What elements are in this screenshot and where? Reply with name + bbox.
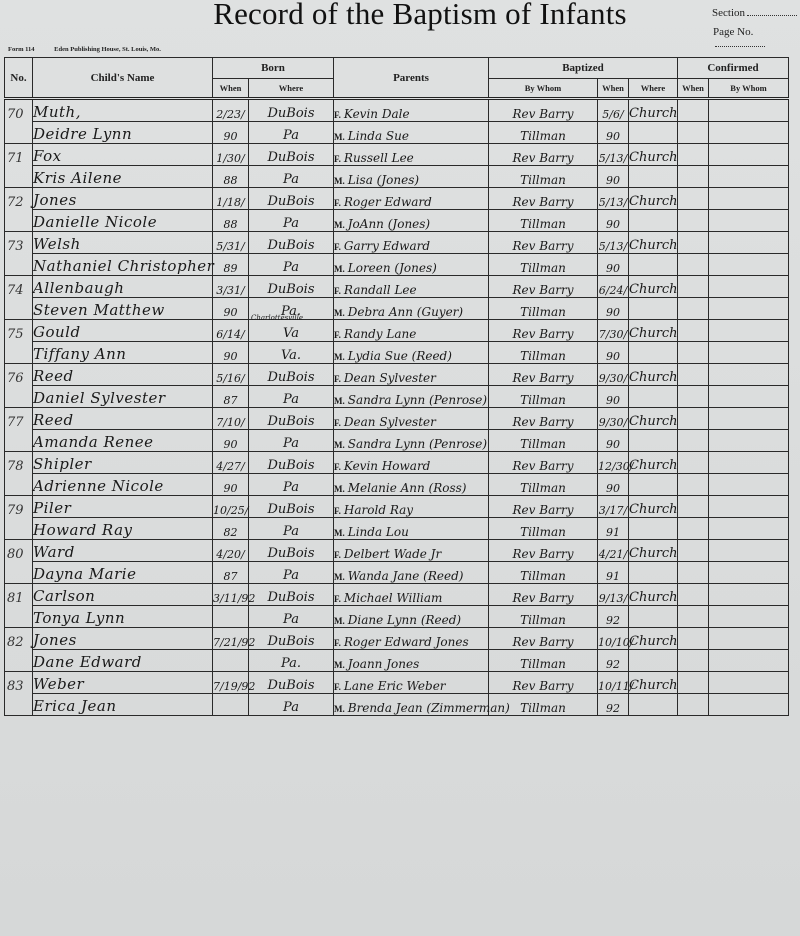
entry-number: 71 (5, 144, 33, 166)
father-value: Dean Sylvester (344, 415, 436, 429)
confirmed-when-cont (678, 430, 709, 452)
baptized-when-year: 90 (598, 210, 629, 232)
baptized-by-cont: Tillman (489, 430, 598, 452)
confirmed-by (709, 672, 789, 694)
baptized-where: Church (629, 584, 678, 606)
baptized-when: 5/13/ (598, 188, 629, 210)
entry-number: 75 (5, 320, 33, 342)
baptized-when-year: 91 (598, 518, 629, 540)
child-given-names: Deidre Lynn (33, 122, 213, 144)
confirmed-when-cont (678, 298, 709, 320)
born-where: DuBois (249, 364, 334, 386)
entry-number: 83 (5, 672, 33, 694)
father-prefix: F. (334, 506, 341, 516)
father-prefix: F. (334, 242, 341, 252)
father-value: Kevin Dale (344, 107, 410, 121)
confirmed-by-cont (709, 518, 789, 540)
father-name: F.Roger Edward Jones (334, 628, 489, 650)
baptized-by-cont: Tillman (489, 694, 598, 716)
father-name: F.Dean Sylvester (334, 408, 489, 430)
entry-row: 75 Gould 6/14/ VaCharlottesville F.Randy… (5, 320, 789, 342)
father-name: F.Roger Edward (334, 188, 489, 210)
father-prefix: F. (334, 462, 341, 472)
col-confirmed-when: When (678, 79, 709, 99)
baptized-when: 4/21/ (598, 540, 629, 562)
born-when: 10/25/ (213, 496, 249, 518)
mother-value: JoAnn (Jones) (348, 217, 430, 231)
born-where: DuBois (249, 628, 334, 650)
father-name: F.Dean Sylvester (334, 364, 489, 386)
page-no-field: Page No. (713, 26, 800, 50)
father-name: F.Kevin Howard (334, 452, 489, 474)
child-given-names: Daniel Sylvester (33, 386, 213, 408)
entry-number: 78 (5, 452, 33, 474)
born-where-state: Pa (249, 386, 334, 408)
born-when: 4/20/ (213, 540, 249, 562)
mother-prefix: M. (334, 528, 345, 538)
mother-name: M.Lydia Sue (Reed) (334, 342, 489, 364)
mother-prefix: M. (334, 308, 345, 318)
mother-value: Linda Sue (348, 129, 409, 143)
father-name: F.Randy Lane (334, 320, 489, 342)
section-field: Section (712, 7, 797, 19)
col-baptized-when: When (598, 79, 629, 99)
father-name: F.Lane Eric Weber (334, 672, 489, 694)
child-surname: Welsh (33, 232, 213, 254)
entry-row: 76 Reed 5/16/ DuBois F.Dean Sylvester Re… (5, 364, 789, 386)
entry-row-continued: Dayna Marie 87 Pa M.Wanda Jane (Reed) Ti… (5, 562, 789, 584)
born-when-year: 90 (213, 430, 249, 452)
baptized-by: Rev Barry (489, 320, 598, 342)
born-when: 6/14/ (213, 320, 249, 342)
father-value: Russell Lee (344, 151, 414, 165)
confirmed-when (678, 408, 709, 430)
confirmed-when-cont (678, 166, 709, 188)
mother-value: Sandra Lynn (Penrose) (348, 437, 487, 451)
entry-row-continued: Tonya Lynn Pa M.Diane Lynn (Reed) Tillma… (5, 606, 789, 628)
father-name: F.Michael William (334, 584, 489, 606)
confirmed-when (678, 540, 709, 562)
baptized-by-cont: Tillman (489, 562, 598, 584)
father-prefix: F. (334, 594, 341, 604)
born-where: DuBois (249, 408, 334, 430)
confirmed-when-cont (678, 210, 709, 232)
entry-number: 79 (5, 496, 33, 518)
born-when: 7/21/92 (213, 628, 249, 650)
confirmed-by-cont (709, 298, 789, 320)
confirmed-when (678, 99, 709, 122)
baptized-where: Church (629, 320, 678, 342)
father-prefix: F. (334, 550, 341, 560)
entry-number: 73 (5, 232, 33, 254)
child-given-names: Steven Matthew (33, 298, 213, 320)
born-when-year: 90 (213, 298, 249, 320)
baptized-when: 9/30/ (598, 408, 629, 430)
born-when-year: 82 (213, 518, 249, 540)
born-where: DuBois (249, 540, 334, 562)
page-no-blank (715, 46, 765, 47)
baptized-where: Church (629, 540, 678, 562)
baptized-where-cont (629, 298, 678, 320)
entry-number-cont (5, 430, 33, 452)
entry-row: 80 Ward 4/20/ DuBois F.Delbert Wade Jr R… (5, 540, 789, 562)
born-where-state: Pa (249, 210, 334, 232)
confirmed-when (678, 628, 709, 650)
entry-row-continued: Dane Edward Pa. M.Joann Jones Tillman 92 (5, 650, 789, 672)
confirmed-by-cont (709, 166, 789, 188)
born-when-year: 88 (213, 210, 249, 232)
baptized-where-cont (629, 694, 678, 716)
baptized-by: Rev Barry (489, 408, 598, 430)
father-value: Dean Sylvester (344, 371, 436, 385)
baptized-when-year: 91 (598, 562, 629, 584)
ledger-page: Record of the Baptism of Infants Section… (0, 0, 800, 936)
father-value: Roger Edward (344, 195, 432, 209)
baptized-when-year: 90 (598, 430, 629, 452)
confirmed-when-cont (678, 518, 709, 540)
mother-value: Melanie Ann (Ross) (348, 481, 467, 495)
confirmed-by (709, 144, 789, 166)
born-when: 3/31/ (213, 276, 249, 298)
confirmed-by (709, 99, 789, 122)
baptized-when: 9/13/ (598, 584, 629, 606)
father-prefix: F. (334, 682, 341, 692)
confirmed-by (709, 408, 789, 430)
born-where: DuBois (249, 188, 334, 210)
born-where: DuBois (249, 144, 334, 166)
confirmed-by-cont (709, 474, 789, 496)
confirmed-by (709, 188, 789, 210)
born-when-year: 87 (213, 386, 249, 408)
section-blank (747, 15, 797, 16)
entry-number: 72 (5, 188, 33, 210)
born-where: DuBois (249, 672, 334, 694)
born-when-year (213, 606, 249, 628)
child-given-names: Erica Jean (33, 694, 213, 716)
publisher: Eden Publishing House, St. Louis, Mo. (54, 46, 161, 53)
baptized-where-cont (629, 122, 678, 144)
mother-prefix: M. (334, 616, 345, 626)
mother-name: M.Diane Lynn (Reed) (334, 606, 489, 628)
baptized-by-cont: Tillman (489, 606, 598, 628)
confirmed-when (678, 144, 709, 166)
entry-row: 77 Reed 7/10/ DuBois F.Dean Sylvester Re… (5, 408, 789, 430)
baptized-when-year: 92 (598, 694, 629, 716)
col-child-name: Child's Name (33, 58, 213, 99)
father-prefix: F. (334, 198, 341, 208)
mother-prefix: M. (334, 132, 345, 142)
born-when-year: 90 (213, 474, 249, 496)
father-name: F.Kevin Dale (334, 99, 489, 122)
child-given-names: Dane Edward (33, 650, 213, 672)
father-value: Lane Eric Weber (344, 679, 446, 693)
father-value: Randall Lee (344, 283, 417, 297)
baptized-where: Church (629, 232, 678, 254)
father-name: F.Garry Edward (334, 232, 489, 254)
confirmed-when (678, 496, 709, 518)
father-name: F.Delbert Wade Jr (334, 540, 489, 562)
confirmed-by-cont (709, 122, 789, 144)
entry-row: 73 Welsh 5/31/ DuBois F.Garry Edward Rev… (5, 232, 789, 254)
baptized-when: 6/24/ (598, 276, 629, 298)
born-when-year: 89 (213, 254, 249, 276)
entry-number-cont (5, 298, 33, 320)
born-when-year: 87 (213, 562, 249, 584)
father-value: Delbert Wade Jr (344, 547, 441, 561)
mother-prefix: M. (334, 396, 345, 406)
baptized-by-cont: Tillman (489, 122, 598, 144)
born-where: VaCharlottesville (249, 320, 334, 342)
confirmed-when-cont (678, 650, 709, 672)
father-name: F.Russell Lee (334, 144, 489, 166)
child-surname: Fox (33, 144, 213, 166)
baptized-when-year: 90 (598, 386, 629, 408)
mother-value: Lydia Sue (Reed) (348, 349, 452, 363)
entry-number: 82 (5, 628, 33, 650)
baptized-where-cont (629, 166, 678, 188)
entry-number-cont (5, 606, 33, 628)
born-where-state: Pa (249, 430, 334, 452)
mother-value: Sandra Lynn (Penrose) (348, 393, 487, 407)
father-prefix: F. (334, 638, 341, 648)
entry-row: 81 Carlson 3/11/92 DuBois F.Michael Will… (5, 584, 789, 606)
child-given-names: Danielle Nicole (33, 210, 213, 232)
child-given-names: Dayna Marie (33, 562, 213, 584)
confirmed-when (678, 188, 709, 210)
father-value: Randy Lane (344, 327, 416, 341)
confirmed-when-cont (678, 254, 709, 276)
child-surname: Carlson (33, 584, 213, 606)
confirmed-by (709, 232, 789, 254)
confirmed-by-cont (709, 606, 789, 628)
confirmed-when (678, 364, 709, 386)
born-when-year: 90 (213, 122, 249, 144)
baptized-by-cont: Tillman (489, 298, 598, 320)
baptized-by: Rev Barry (489, 232, 598, 254)
mother-name: M.JoAnn (Jones) (334, 210, 489, 232)
father-value: Harold Ray (344, 503, 413, 517)
born-when: 7/10/ (213, 408, 249, 430)
section-label: Section (712, 7, 745, 19)
entry-number-cont (5, 694, 33, 716)
form-info: Form 114 Eden Publishing House, St. Loui… (8, 46, 179, 53)
baptized-by-cont: Tillman (489, 386, 598, 408)
baptized-where: Church (629, 188, 678, 210)
baptized-where: Church (629, 452, 678, 474)
baptized-where: Church (629, 408, 678, 430)
father-value: Michael William (344, 591, 443, 605)
confirmed-by-cont (709, 562, 789, 584)
mother-prefix: M. (334, 704, 345, 714)
child-surname: Gould (33, 320, 213, 342)
mother-name: M.Debra Ann (Guyer) (334, 298, 489, 320)
entry-number: 76 (5, 364, 33, 386)
father-prefix: F. (334, 110, 341, 120)
confirmed-when-cont (678, 694, 709, 716)
child-surname: Shipler (33, 452, 213, 474)
col-confirmed-by-whom: By Whom (709, 79, 789, 99)
confirmed-when-cont (678, 386, 709, 408)
baptized-by: Rev Barry (489, 584, 598, 606)
born-when-year (213, 694, 249, 716)
child-surname: Jones (33, 628, 213, 650)
baptized-when: 5/13/ (598, 232, 629, 254)
baptism-table: No. Child's Name Born Parents Baptized C… (4, 57, 789, 716)
confirmed-by-cont (709, 342, 789, 364)
mother-value: Diane Lynn (Reed) (348, 613, 461, 627)
child-surname: Piler (33, 496, 213, 518)
confirmed-by (709, 540, 789, 562)
mother-name: M.Lisa (Jones) (334, 166, 489, 188)
born-where: DuBois (249, 99, 334, 122)
confirmed-when-cont (678, 342, 709, 364)
baptized-when: 10/11/ (598, 672, 629, 694)
baptized-where-cont (629, 518, 678, 540)
baptized-when-year: 92 (598, 606, 629, 628)
mother-prefix: M. (334, 176, 345, 186)
baptized-by-cont: Tillman (489, 210, 598, 232)
confirmed-by (709, 496, 789, 518)
baptized-when: 5/13/ (598, 144, 629, 166)
born-when: 5/31/ (213, 232, 249, 254)
father-value: Roger Edward Jones (344, 635, 469, 649)
father-prefix: F. (334, 330, 341, 340)
baptized-by-cont: Tillman (489, 518, 598, 540)
entry-number-cont (5, 518, 33, 540)
child-given-names: Adrienne Nicole (33, 474, 213, 496)
child-given-names: Amanda Renee (33, 430, 213, 452)
entry-number-cont (5, 122, 33, 144)
col-baptized-by-whom: By Whom (489, 79, 598, 99)
baptized-by: Rev Barry (489, 276, 598, 298)
baptized-where-cont (629, 562, 678, 584)
baptized-where: Church (629, 99, 678, 122)
mother-name: M.Sandra Lynn (Penrose) (334, 430, 489, 452)
baptized-where-cont (629, 430, 678, 452)
born-where-state: Pa (249, 166, 334, 188)
baptized-when: 7/30/ (598, 320, 629, 342)
baptized-where-cont (629, 254, 678, 276)
mother-name: M.Linda Sue (334, 122, 489, 144)
confirmed-when (678, 452, 709, 474)
baptized-when: 9/30/ (598, 364, 629, 386)
baptized-where: Church (629, 364, 678, 386)
father-name: F.Randall Lee (334, 276, 489, 298)
entry-number: 74 (5, 276, 33, 298)
mother-prefix: M. (334, 220, 345, 230)
baptized-where: Church (629, 276, 678, 298)
entry-row-continued: Amanda Renee 90 Pa M.Sandra Lynn (Penros… (5, 430, 789, 452)
entry-row-continued: Daniel Sylvester 87 Pa M.Sandra Lynn (Pe… (5, 386, 789, 408)
child-surname: Reed (33, 364, 213, 386)
confirmed-by (709, 320, 789, 342)
entry-row-continued: Adrienne Nicole 90 Pa M.Melanie Ann (Ros… (5, 474, 789, 496)
child-given-names: Tiffany Ann (33, 342, 213, 364)
col-born-when: When (213, 79, 249, 99)
entry-row-continued: Howard Ray 82 Pa M.Linda Lou Tillman 91 (5, 518, 789, 540)
born-when: 5/16/ (213, 364, 249, 386)
entry-number-cont (5, 210, 33, 232)
confirmed-when (678, 672, 709, 694)
confirmed-by-cont (709, 386, 789, 408)
confirmed-when-cont (678, 562, 709, 584)
mother-prefix: M. (334, 352, 345, 362)
baptized-when: 12/30/ (598, 452, 629, 474)
born-when: 2/23/ (213, 99, 249, 122)
born-when: 1/18/ (213, 188, 249, 210)
mother-name: M.Wanda Jane (Reed) (334, 562, 489, 584)
entry-row: 71 Fox 1/30/ DuBois F.Russell Lee Rev Ba… (5, 144, 789, 166)
entry-row-continued: Kris Ailene 88 Pa M.Lisa (Jones) Tillman… (5, 166, 789, 188)
baptized-where-cont (629, 342, 678, 364)
born-where: DuBois (249, 584, 334, 606)
entry-number: 77 (5, 408, 33, 430)
entry-number: 81 (5, 584, 33, 606)
mother-name: M.Brenda Jean (Zimmerman) (334, 694, 489, 716)
baptized-by-cont: Tillman (489, 166, 598, 188)
child-surname: Reed (33, 408, 213, 430)
baptized-where-cont (629, 474, 678, 496)
baptized-when-year: 90 (598, 122, 629, 144)
baptized-by-cont: Tillman (489, 342, 598, 364)
father-prefix: F. (334, 154, 341, 164)
mother-name: M.Melanie Ann (Ross) (334, 474, 489, 496)
entry-row-continued: Nathaniel Christopher 89 Pa M.Loreen (Jo… (5, 254, 789, 276)
born-where-state: Pa (249, 518, 334, 540)
confirmed-when-cont (678, 122, 709, 144)
confirmed-when-cont (678, 606, 709, 628)
mother-prefix: M. (334, 264, 345, 274)
child-given-names: Nathaniel Christopher (33, 254, 213, 276)
born-where: DuBois (249, 452, 334, 474)
entry-row: 78 Shipler 4/27/ DuBois F.Kevin Howard R… (5, 452, 789, 474)
child-given-names: Kris Ailene (33, 166, 213, 188)
page-no-label: Page No. (713, 26, 753, 38)
baptized-by-cont: Tillman (489, 254, 598, 276)
mother-prefix: M. (334, 440, 345, 450)
confirmed-by (709, 364, 789, 386)
born-when: 4/27/ (213, 452, 249, 474)
baptized-where: Church (629, 144, 678, 166)
confirmed-when (678, 232, 709, 254)
father-value: Kevin Howard (344, 459, 430, 473)
confirmed-when-cont (678, 474, 709, 496)
baptized-when-year: 90 (598, 166, 629, 188)
baptized-when: 10/10/ (598, 628, 629, 650)
mother-value: Brenda Jean (Zimmerman) (348, 701, 510, 715)
mother-name: M.Linda Lou (334, 518, 489, 540)
baptized-when-year: 92 (598, 650, 629, 672)
entry-row: 82 Jones 7/21/92 DuBois F.Roger Edward J… (5, 628, 789, 650)
baptized-where-cont (629, 210, 678, 232)
mother-name: M.Joann Jones (334, 650, 489, 672)
confirmed-by-cont (709, 210, 789, 232)
confirmed-by-cont (709, 694, 789, 716)
mother-value: Lisa (Jones) (348, 173, 419, 187)
col-no: No. (5, 58, 33, 99)
baptized-by: Rev Barry (489, 188, 598, 210)
entry-number-cont (5, 386, 33, 408)
entry-number-cont (5, 342, 33, 364)
born-when: 1/30/ (213, 144, 249, 166)
child-surname: Ward (33, 540, 213, 562)
entry-number-cont (5, 650, 33, 672)
entry-row: 74 Allenbaugh 3/31/ DuBois F.Randall Lee… (5, 276, 789, 298)
entry-row-continued: Tiffany Ann 90 Va. M.Lydia Sue (Reed) Ti… (5, 342, 789, 364)
confirmed-by (709, 628, 789, 650)
baptized-where: Church (629, 672, 678, 694)
father-prefix: F. (334, 286, 341, 296)
